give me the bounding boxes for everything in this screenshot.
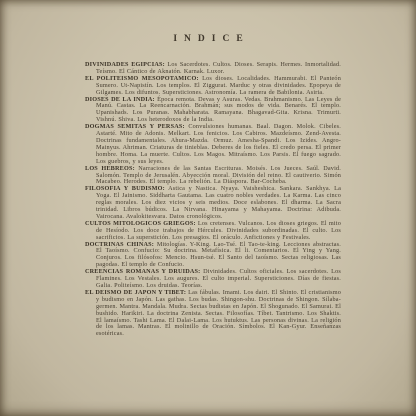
index-entry: FILOSOFIA Y BUDISMO: Astica y Nastica. N… (85, 186, 341, 221)
page-title: INDICE (0, 0, 416, 44)
index-list: DIVINIDADES EGIPCIAS: Los Sacerdotes. Cu… (85, 62, 341, 338)
index-entry: DOCTRINAS CHINAS: Mitologías. Y-King. La… (85, 242, 341, 270)
index-entry: LOS HEBREOS: Narraciones de las Santas E… (85, 166, 341, 187)
section-body: Las fábulas. Imami. Los dairi. El Shinto… (96, 289, 341, 337)
index-entry: EL POLITEISMO MESOPOTAMICO: Los dioses. … (85, 76, 341, 97)
index-entry: CREENCIAS ROMANAS Y DRUIDAS: Divinidades… (85, 269, 341, 290)
index-entry: EL DEISMO DE JAPON Y TIBET: Las fábulas.… (85, 290, 341, 338)
section-body: Convulsiones humanas. Baal. Dagon. Molok… (96, 123, 341, 165)
index-entry: DOGMAS SEMITAS Y PERSAS: Convulsiones hu… (85, 124, 341, 165)
index-entry: DIVINIDADES EGIPCIAS: Los Sacerdotes. Cu… (85, 62, 341, 76)
index-entry: CULTOS MITOLOGICOS GRIEGOS: Los cretense… (85, 221, 341, 242)
scanned-book-page: INDICE DIVINIDADES EGIPCIAS: Los Sacerdo… (0, 0, 416, 416)
index-entry: DIOSES DE LA INDIA: Época remota. Devas … (85, 97, 341, 125)
